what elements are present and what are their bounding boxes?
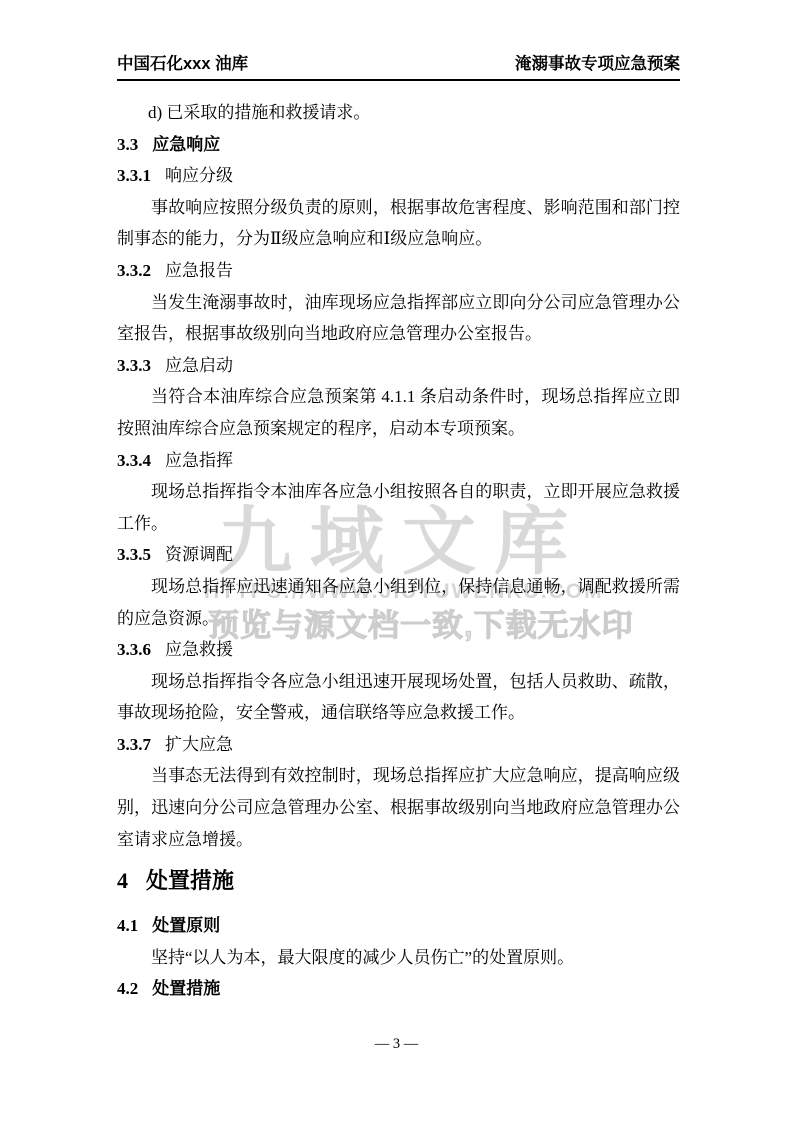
heading-4: 4处置措施 xyxy=(117,865,680,897)
paragraph-emergency-rescue: 现场总指挥指令各应急小组迅速开展现场处置，包括人员救助、疏散，事故现场抢险，安全… xyxy=(117,666,680,729)
heading-4-1: 4.1处置原则 xyxy=(117,910,680,942)
heading-title: 资源调配 xyxy=(165,545,233,564)
heading-4-2: 4.2处置措施 xyxy=(117,973,680,1005)
heading-3-3-2: 3.3.2应急报告 xyxy=(117,255,680,287)
heading-number: 3.3.4 xyxy=(117,451,151,470)
heading-number: 3.3.3 xyxy=(117,356,151,375)
heading-title: 应急响应 xyxy=(152,135,220,154)
heading-title: 应急指挥 xyxy=(165,451,233,470)
heading-3-3-1: 3.3.1响应分级 xyxy=(117,160,680,192)
heading-3-3-6: 3.3.6应急救援 xyxy=(117,634,680,666)
heading-3-3-4: 3.3.4应急指挥 xyxy=(117,445,680,477)
paragraph-resource-allocation: 现场总指挥应迅速通知各应急小组到位，保持信息通畅，调配救援所需的应急资源。 xyxy=(117,571,680,634)
document-body: d) 已采取的措施和救援请求。 3.3应急响应 3.3.1响应分级 事故响应按照… xyxy=(117,97,680,1005)
document-page: 九域文库 HTTPS://WWW.JIUYUWENKU.COM 预览与源文档一致… xyxy=(0,0,793,1122)
heading-title: 处置措施 xyxy=(152,979,220,998)
heading-title: 应急救援 xyxy=(165,640,233,659)
header-right-title: 淹溺事故专项应急预案 xyxy=(515,50,680,74)
paragraph-emergency-start: 当符合本油库综合应急预案第 4.1.1 条启动条件时，现场总指挥应立即按照油库综… xyxy=(117,381,680,444)
heading-number: 3.3.6 xyxy=(117,640,151,659)
paragraph-disposal-principle: 坚持“以人为本，最大限度的减少人员伤亡”的处置原则。 xyxy=(117,942,680,974)
heading-number: 4.2 xyxy=(117,979,138,998)
heading-title: 应急报告 xyxy=(165,261,233,280)
heading-3-3-3: 3.3.3应急启动 xyxy=(117,350,680,382)
heading-number: 3.3.1 xyxy=(117,166,151,185)
heading-number: 3.3.5 xyxy=(117,545,151,564)
heading-number: 3.3.2 xyxy=(117,261,151,280)
heading-number: 3.3.7 xyxy=(117,735,151,754)
page-header: 中国石化xxx 油库 淹溺事故专项应急预案 xyxy=(117,50,680,81)
heading-number: 4 xyxy=(117,868,128,893)
heading-title: 响应分级 xyxy=(165,166,233,185)
list-item-d: d) 已采取的措施和救援请求。 xyxy=(117,97,680,129)
heading-title: 扩大应急 xyxy=(165,735,233,754)
paragraph-expanded-response: 当事态无法得到有效控制时，现场总指挥应扩大应急响应，提高响应级别，迅速向分公司应… xyxy=(117,760,680,855)
heading-3-3-5: 3.3.5资源调配 xyxy=(117,539,680,571)
heading-number: 3.3 xyxy=(117,135,138,154)
heading-number: 4.1 xyxy=(117,916,138,935)
heading-title: 处置原则 xyxy=(152,916,220,935)
heading-3-3: 3.3应急响应 xyxy=(117,129,680,161)
page-number: — 3 — xyxy=(0,1036,793,1053)
header-left-title: 中国石化xxx 油库 xyxy=(117,50,248,74)
paragraph-response-grading: 事故响应按照分级负责的原则，根据事故危害程度、影响范围和部门控制事态的能力，分为… xyxy=(117,192,680,255)
heading-3-3-7: 3.3.7扩大应急 xyxy=(117,729,680,761)
paragraph-emergency-report: 当发生淹溺事故时，油库现场应急指挥部应立即向分公司应急管理办公室报告，根据事故级… xyxy=(117,287,680,350)
heading-title: 处置措施 xyxy=(146,868,234,893)
paragraph-emergency-command: 现场总指挥指令本油库各应急小组按照各自的职责，立即开展应急救援工作。 xyxy=(117,476,680,539)
heading-title: 应急启动 xyxy=(165,356,233,375)
